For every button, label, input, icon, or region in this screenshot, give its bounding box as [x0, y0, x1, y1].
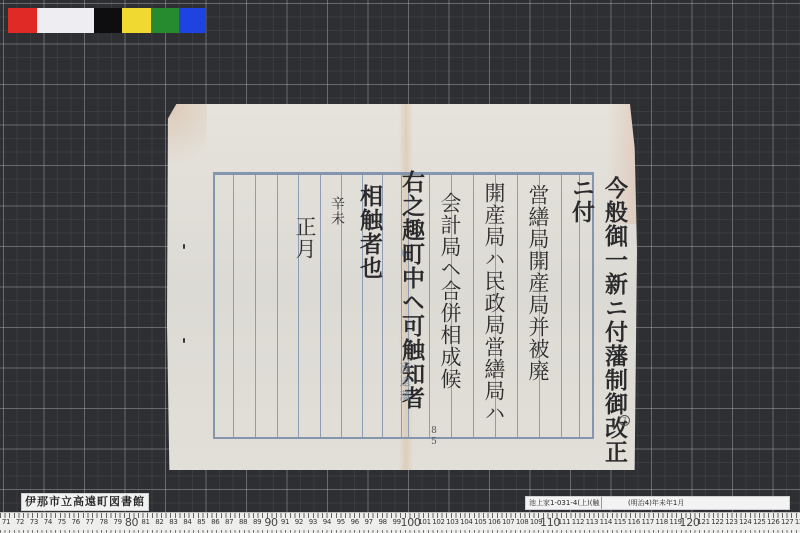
swatch-blue: [179, 8, 206, 33]
binding-hole: [625, 242, 627, 247]
swatch-black: [94, 8, 122, 33]
ruler-label: 124: [739, 518, 751, 526]
color-calibration-bar: [8, 8, 206, 33]
binding-hole: [183, 244, 185, 249]
library-name-label: 伊那市立高遠町図書館: [21, 493, 149, 511]
column-rule: [320, 175, 321, 437]
text-column: 辛未: [327, 196, 347, 226]
printed-domain-mark: 高遠藩: [396, 362, 412, 404]
ruler-label: 89: [253, 518, 261, 526]
ruler-label: 85: [197, 518, 205, 526]
ruler-label: 114: [600, 518, 612, 526]
ruler-label: 88: [239, 518, 247, 526]
catalog-date: (明治4)年未年1月: [602, 497, 684, 509]
sheet-number-badge: 7: [619, 415, 630, 426]
ruler-label: 71: [2, 518, 10, 526]
ruler-label: 82: [155, 518, 163, 526]
text-column: 今般御一新ニ付藩制御改正ニ付: [565, 176, 631, 470]
column-rule: [517, 175, 518, 437]
column-rule: [255, 175, 256, 437]
text-column: 営繕局開産局并被廃: [523, 184, 553, 382]
measuring-ruler: 7172737475767778798081828384858687888990…: [0, 512, 800, 533]
ruler-label: 111: [558, 518, 570, 526]
ruler-label: 80: [125, 516, 138, 529]
text-column: 開産局ハ民政局営繕局ハ: [479, 182, 509, 424]
text-column: 会計局ヘ合併相成候: [435, 192, 465, 390]
ruler-label: 77: [86, 518, 94, 526]
ruler-label: 104: [460, 518, 472, 526]
ruler-label: 94: [323, 518, 331, 526]
column-rule: [277, 175, 278, 437]
ruler-label: 105: [474, 518, 486, 526]
ruler-label: 115: [614, 518, 626, 526]
ruler-label: 127: [781, 518, 793, 526]
ruler-label: 122: [711, 518, 723, 526]
swatch-red: [8, 8, 37, 33]
ruler-label: 126: [767, 518, 779, 526]
swatch-white: [37, 8, 94, 33]
ruler-label: 75: [58, 518, 66, 526]
ruler-label: 78: [99, 518, 107, 526]
text-column: 正月: [290, 216, 320, 260]
ruler-label: 95: [337, 518, 345, 526]
paper-stain: [167, 104, 207, 184]
binding-hole: [183, 338, 185, 343]
column-rule: [429, 175, 430, 437]
ruler-label: 116: [628, 518, 640, 526]
column-rule: [233, 175, 234, 437]
ruler-label: 123: [725, 518, 737, 526]
ruler-label: 101: [418, 518, 430, 526]
ruler-label: 92: [295, 518, 303, 526]
ruler-label: 125: [753, 518, 765, 526]
ruler-label: 96: [351, 518, 359, 526]
ruler-label: 86: [211, 518, 219, 526]
ruler-label: 91: [281, 518, 289, 526]
ruler-label: 72: [16, 518, 24, 526]
ruler-label: 113: [586, 518, 598, 526]
column-rule: [473, 175, 474, 437]
ruler-label: 98: [378, 518, 386, 526]
ruler-label: 106: [488, 518, 500, 526]
page-mark: 85: [429, 426, 439, 448]
historical-document: 今般御一新ニ付藩制御改正ニ付営繕局開産局并被廃開産局ハ民政局営繕局ハ会計局ヘ合併…: [167, 104, 637, 470]
ruler-label: 73: [30, 518, 38, 526]
ruler-label: 87: [225, 518, 233, 526]
ruler-label: 84: [183, 518, 191, 526]
ruler-label: 102: [432, 518, 444, 526]
catalog-label: 池上家1-031-4(上)(触書) (明治4)年未年1月: [525, 496, 790, 510]
ruler-label: 76: [72, 518, 80, 526]
ruler-label: 108: [516, 518, 528, 526]
swatch-green: [151, 8, 179, 33]
ruler-label: 118: [655, 518, 667, 526]
ruler-label: 107: [502, 518, 514, 526]
ruler-label: 81: [141, 518, 149, 526]
ruler-label: 83: [169, 518, 177, 526]
text-column: 相触者也: [353, 184, 386, 280]
ruler-label: 90: [264, 516, 277, 529]
ruler-label: 117: [641, 518, 653, 526]
ruler-label: 93: [309, 518, 317, 526]
ruler-label: 128: [795, 518, 800, 526]
ruler-label: 121: [697, 518, 709, 526]
ruler-label: 103: [446, 518, 458, 526]
ruler-labels: 7172737475767778798081828384858687888990…: [0, 518, 800, 530]
ruler-label: 112: [572, 518, 584, 526]
swatch-yellow: [122, 8, 151, 33]
ruler-label: 97: [365, 518, 373, 526]
catalog-id: 池上家1-031-4(上)(触書): [526, 497, 602, 509]
ruler-label: 74: [44, 518, 52, 526]
column-rule: [561, 175, 562, 437]
ruler-label: 79: [113, 518, 121, 526]
column-rule: [298, 175, 299, 437]
